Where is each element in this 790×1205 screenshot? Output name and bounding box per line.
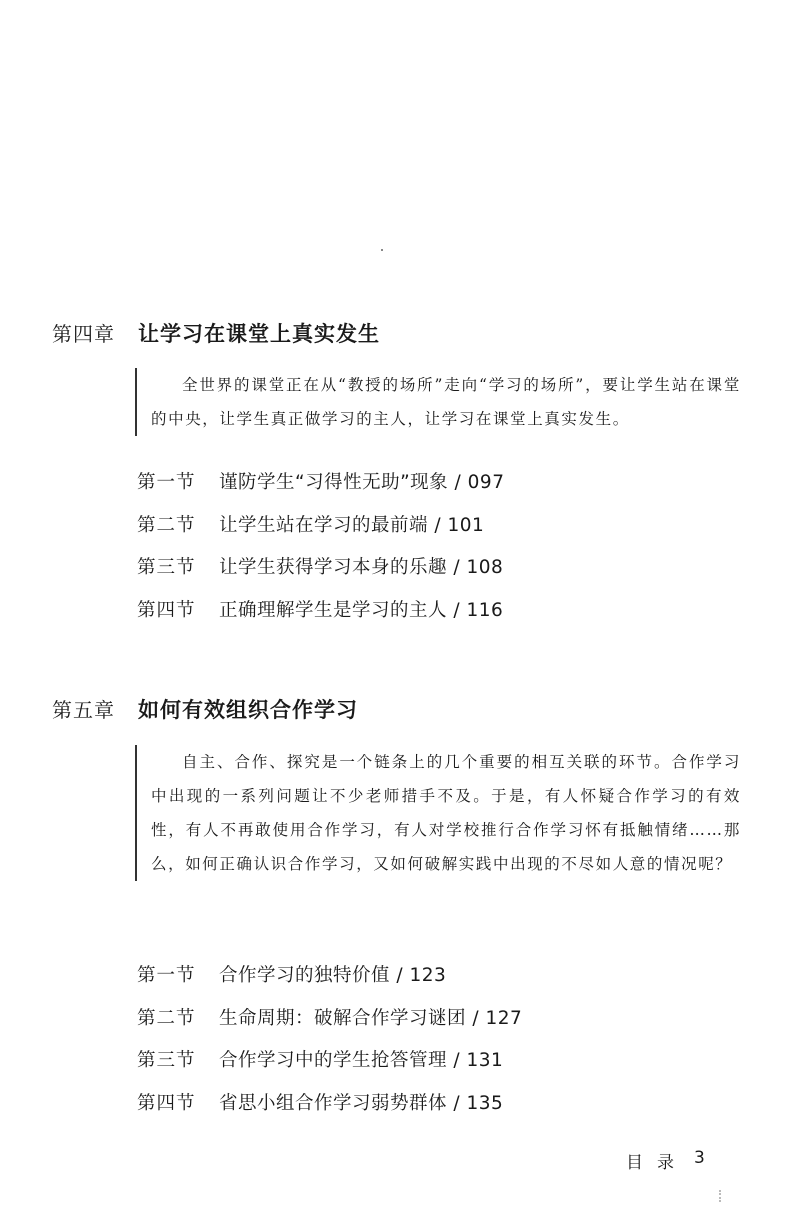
section-title: 谨防学生“习得性无助”现象 / 097	[219, 468, 504, 494]
abstract-text: 全世界的课堂正在从“教授的场所”走向“学习的场所”，要让学生站在课堂的中央，让学…	[151, 368, 741, 436]
chapter-title: 如何有效组织合作学习	[138, 694, 358, 724]
section-item[interactable]: 第三节 合作学习中的学生抢答管理 / 131	[137, 1038, 522, 1081]
section-number: 第一节	[137, 468, 219, 494]
section-number: 第一节	[137, 961, 219, 987]
section-item[interactable]: 第二节 让学生站在学习的最前端 / 101	[137, 503, 504, 546]
chapter-title: 让学习在课堂上真实发生	[138, 318, 380, 348]
scan-speck	[719, 1190, 723, 1202]
section-item[interactable]: 第四节 省思小组合作学习弱势群体 / 135	[137, 1081, 522, 1124]
chapter-number: 第四章	[52, 318, 138, 347]
section-item[interactable]: 第二节 生命周期：破解合作学习谜团 / 127	[137, 996, 522, 1039]
footer-label: 目录	[626, 1148, 688, 1173]
section-item[interactable]: 第四节 正确理解学生是学习的主人 / 116	[137, 588, 504, 631]
abstract-text: 自主、合作、探究是一个链条上的几个重要的相互关联的环节。合作学习中出现的一系列问…	[151, 745, 741, 881]
section-list: 第一节 谨防学生“习得性无助”现象 / 097 第二节 让学生站在学习的最前端 …	[137, 460, 504, 630]
section-number: 第二节	[137, 1004, 219, 1030]
section-list: 第一节 合作学习的独特价值 / 123 第二节 生命周期：破解合作学习谜团 / …	[137, 953, 522, 1123]
page-footer: 目录 3	[626, 1148, 705, 1173]
section-title: 生命周期：破解合作学习谜团 / 127	[219, 1004, 522, 1030]
section-title: 合作学习中的学生抢答管理 / 131	[219, 1046, 503, 1072]
section-title: 省思小组合作学习弱势群体 / 135	[219, 1089, 503, 1115]
page-number: 3	[694, 1148, 705, 1173]
section-number: 第四节	[137, 1089, 219, 1115]
section-title: 合作学习的独特价值 / 123	[219, 961, 446, 987]
scan-speck	[381, 249, 383, 251]
chapter-abstract: 自主、合作、探究是一个链条上的几个重要的相互关联的环节。合作学习中出现的一系列问…	[135, 745, 741, 881]
section-item[interactable]: 第三节 让学生获得学习本身的乐趣 / 108	[137, 545, 504, 588]
section-number: 第三节	[137, 553, 219, 579]
chapter-number: 第五章	[52, 694, 138, 723]
section-title: 让学生获得学习本身的乐趣 / 108	[219, 553, 503, 579]
section-number: 第四节	[137, 596, 219, 622]
section-number: 第二节	[137, 511, 219, 537]
section-title: 让学生站在学习的最前端 / 101	[219, 511, 484, 537]
section-item[interactable]: 第一节 合作学习的独特价值 / 123	[137, 953, 522, 996]
chapter-heading: 第四章 让学习在课堂上真实发生	[52, 318, 380, 348]
chapter-abstract: 全世界的课堂正在从“教授的场所”走向“学习的场所”，要让学生站在课堂的中央，让学…	[135, 368, 741, 436]
section-number: 第三节	[137, 1046, 219, 1072]
chapter-heading: 第五章 如何有效组织合作学习	[52, 694, 358, 724]
section-item[interactable]: 第一节 谨防学生“习得性无助”现象 / 097	[137, 460, 504, 503]
section-title: 正确理解学生是学习的主人 / 116	[219, 596, 503, 622]
